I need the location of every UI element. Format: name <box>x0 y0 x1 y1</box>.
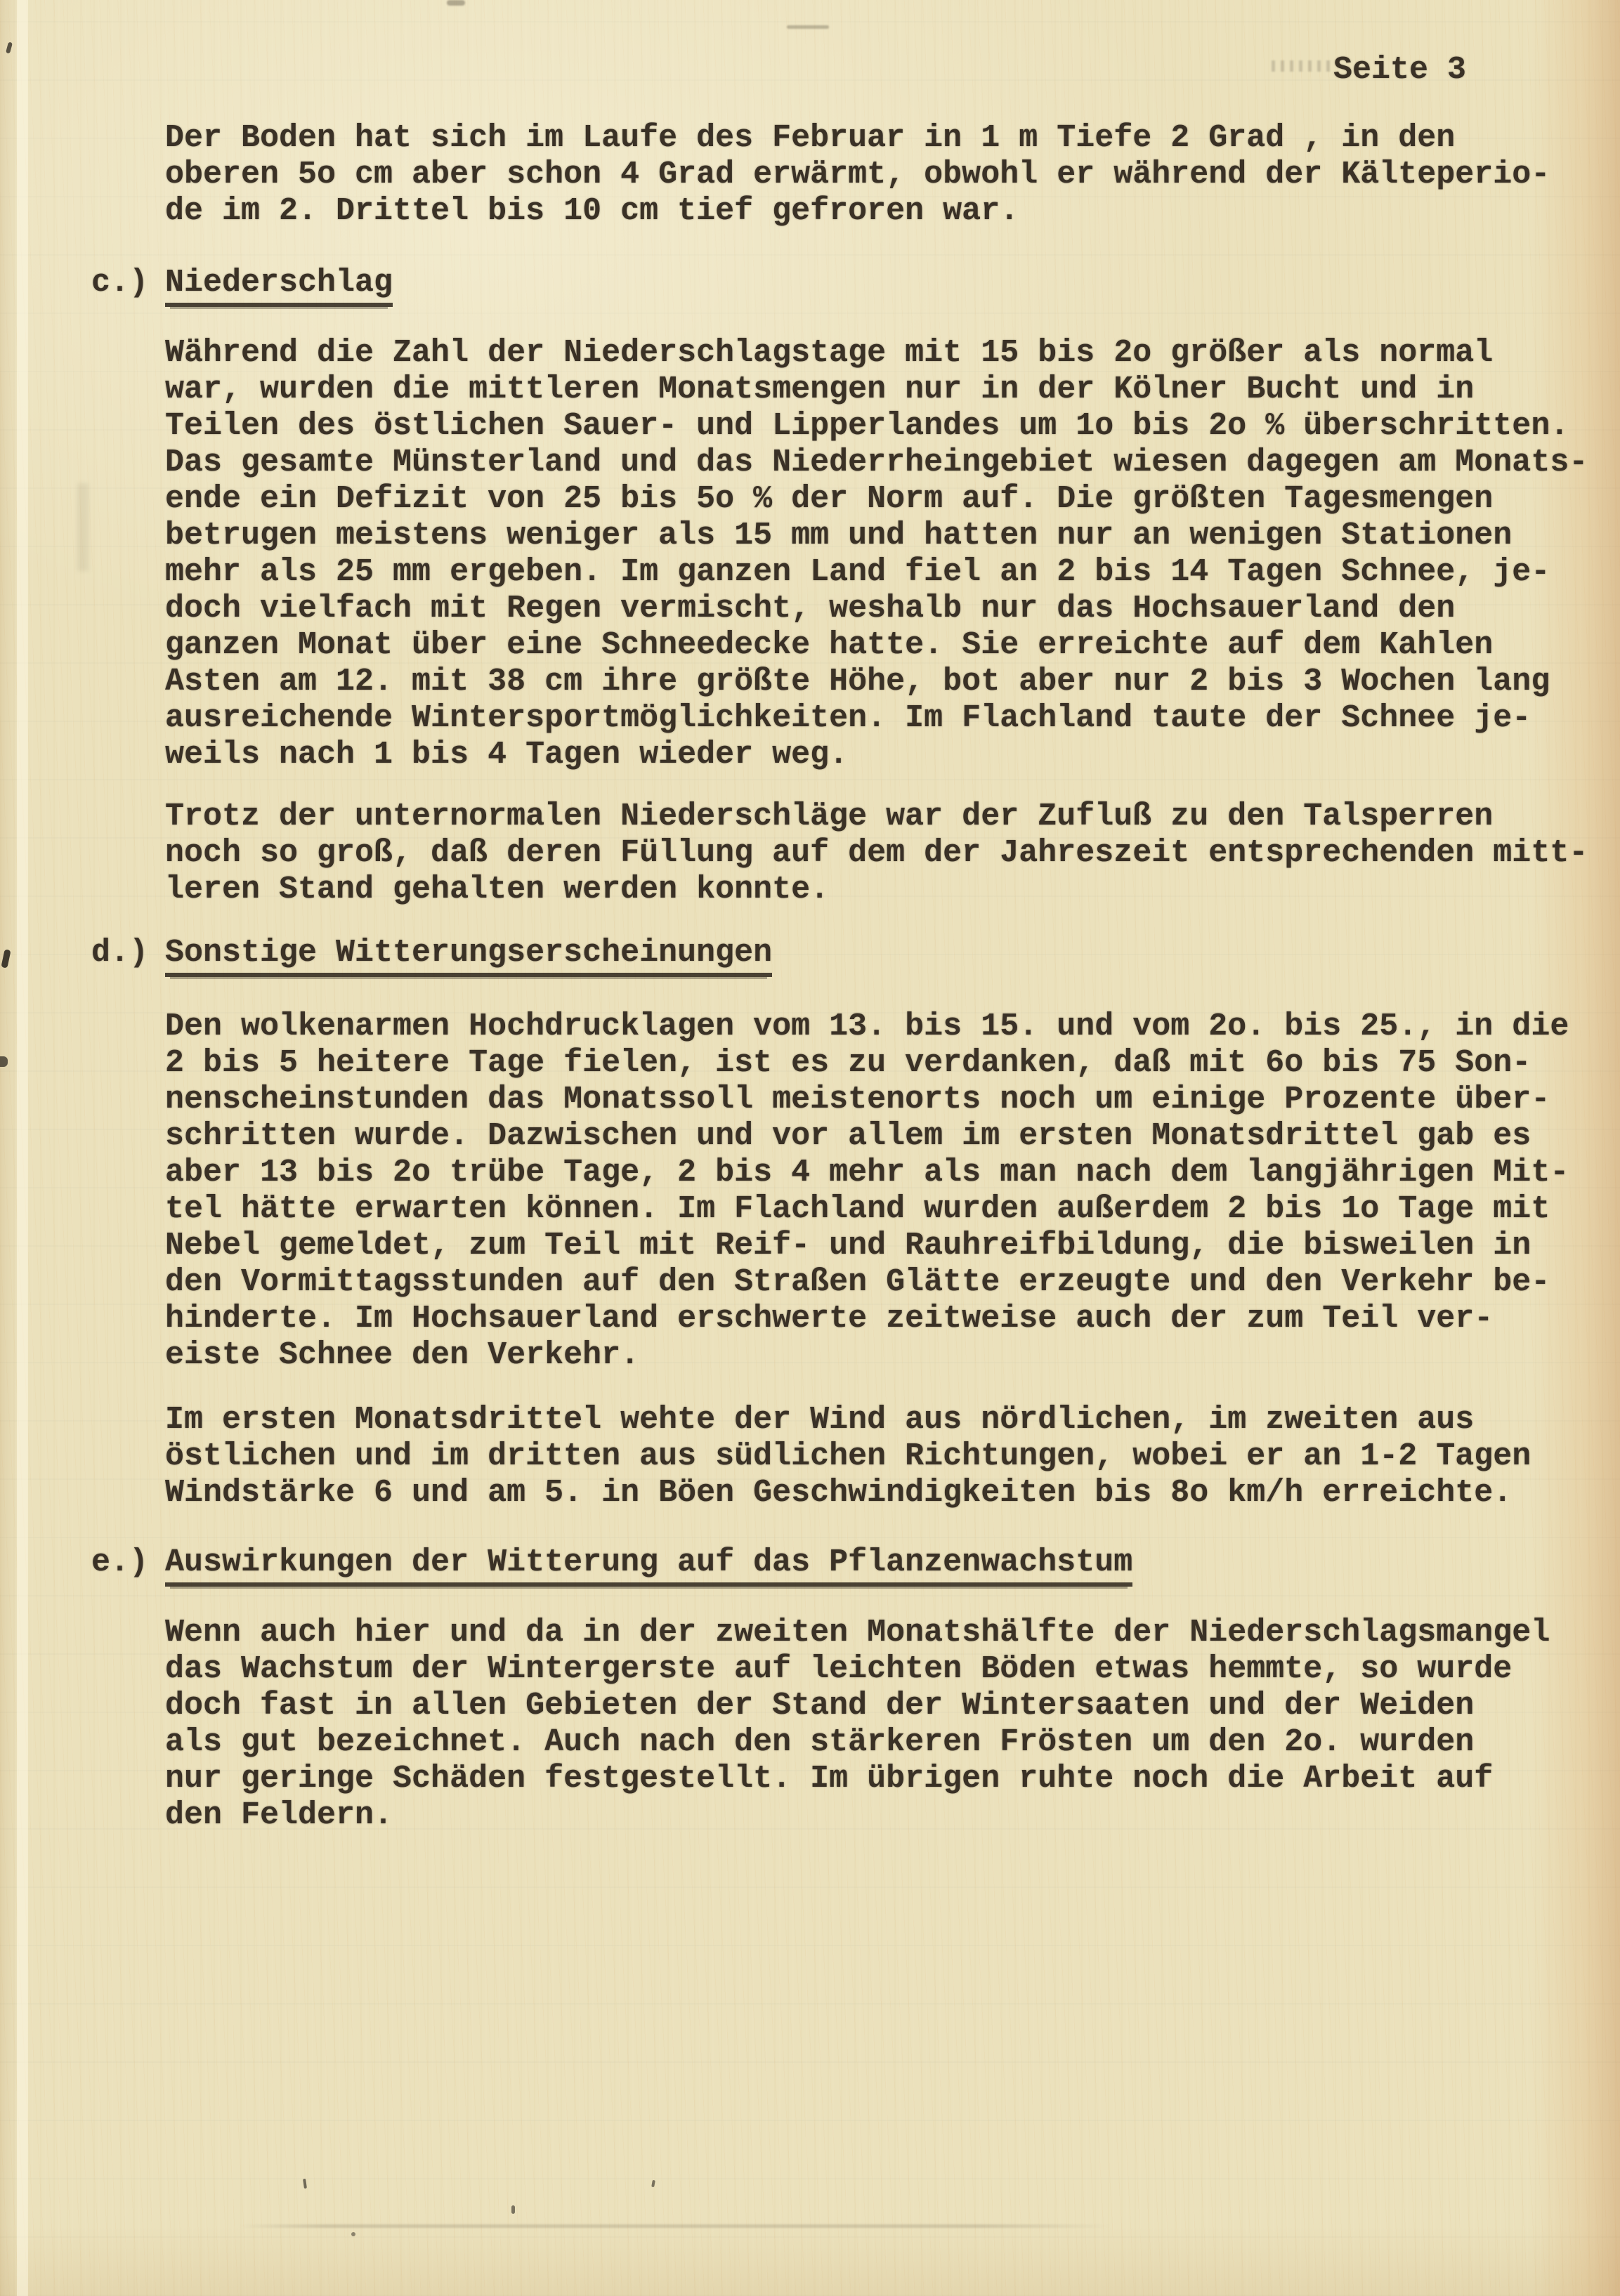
paper-smudge <box>77 483 89 571</box>
section-heading-e: e.) Auswirkungen der Witterung auf das P… <box>0 1544 1620 1594</box>
paper-smudge <box>1272 60 1333 72</box>
section-title: Auswirkungen der Witterung auf das Pflan… <box>165 1544 1132 1587</box>
paper-speck <box>511 2205 515 2214</box>
intro-paragraph: Der Boden hat sich im Laufe des Februar … <box>165 120 1550 230</box>
paper-speck <box>351 2232 355 2236</box>
body-paragraph: Wenn auch hier und da in der zweiten Mon… <box>165 1615 1550 1834</box>
paper-speck <box>303 2179 307 2189</box>
body-paragraph: Trotz der unternormalen Niederschläge wa… <box>165 799 1588 908</box>
section-label: c.) <box>91 265 148 301</box>
paper-left-edge-shade <box>0 0 17 2296</box>
section-title: Sonstige Witterungserscheinungen <box>165 935 772 977</box>
paper-left-edge-highlight <box>17 0 28 2296</box>
scanned-document-page: Seite 3 Der Boden hat sich im Laufe des … <box>0 0 1620 2296</box>
page-number-label: Seite 3 <box>1333 52 1466 88</box>
section-label: e.) <box>91 1544 148 1581</box>
section-heading-c: c.) Niederschlag <box>0 265 1620 314</box>
section-title: Niederschlag <box>165 265 393 307</box>
section-label: d.) <box>91 935 148 971</box>
paper-smudge <box>787 25 829 29</box>
paper-speck <box>651 2180 655 2188</box>
body-paragraph: Den wolkenarmen Hochdrucklagen vom 13. b… <box>165 1009 1569 1374</box>
section-heading-d: d.) Sonstige Witterungserscheinungen <box>0 935 1620 984</box>
body-paragraph: Im ersten Monatsdrittel wehte der Wind a… <box>165 1402 1531 1511</box>
paper-smudge <box>447 0 465 6</box>
paper-speck <box>0 1056 8 1067</box>
body-paragraph: Während die Zahl der Niederschlagstage m… <box>165 335 1588 773</box>
paper-smudge <box>239 2224 1110 2228</box>
